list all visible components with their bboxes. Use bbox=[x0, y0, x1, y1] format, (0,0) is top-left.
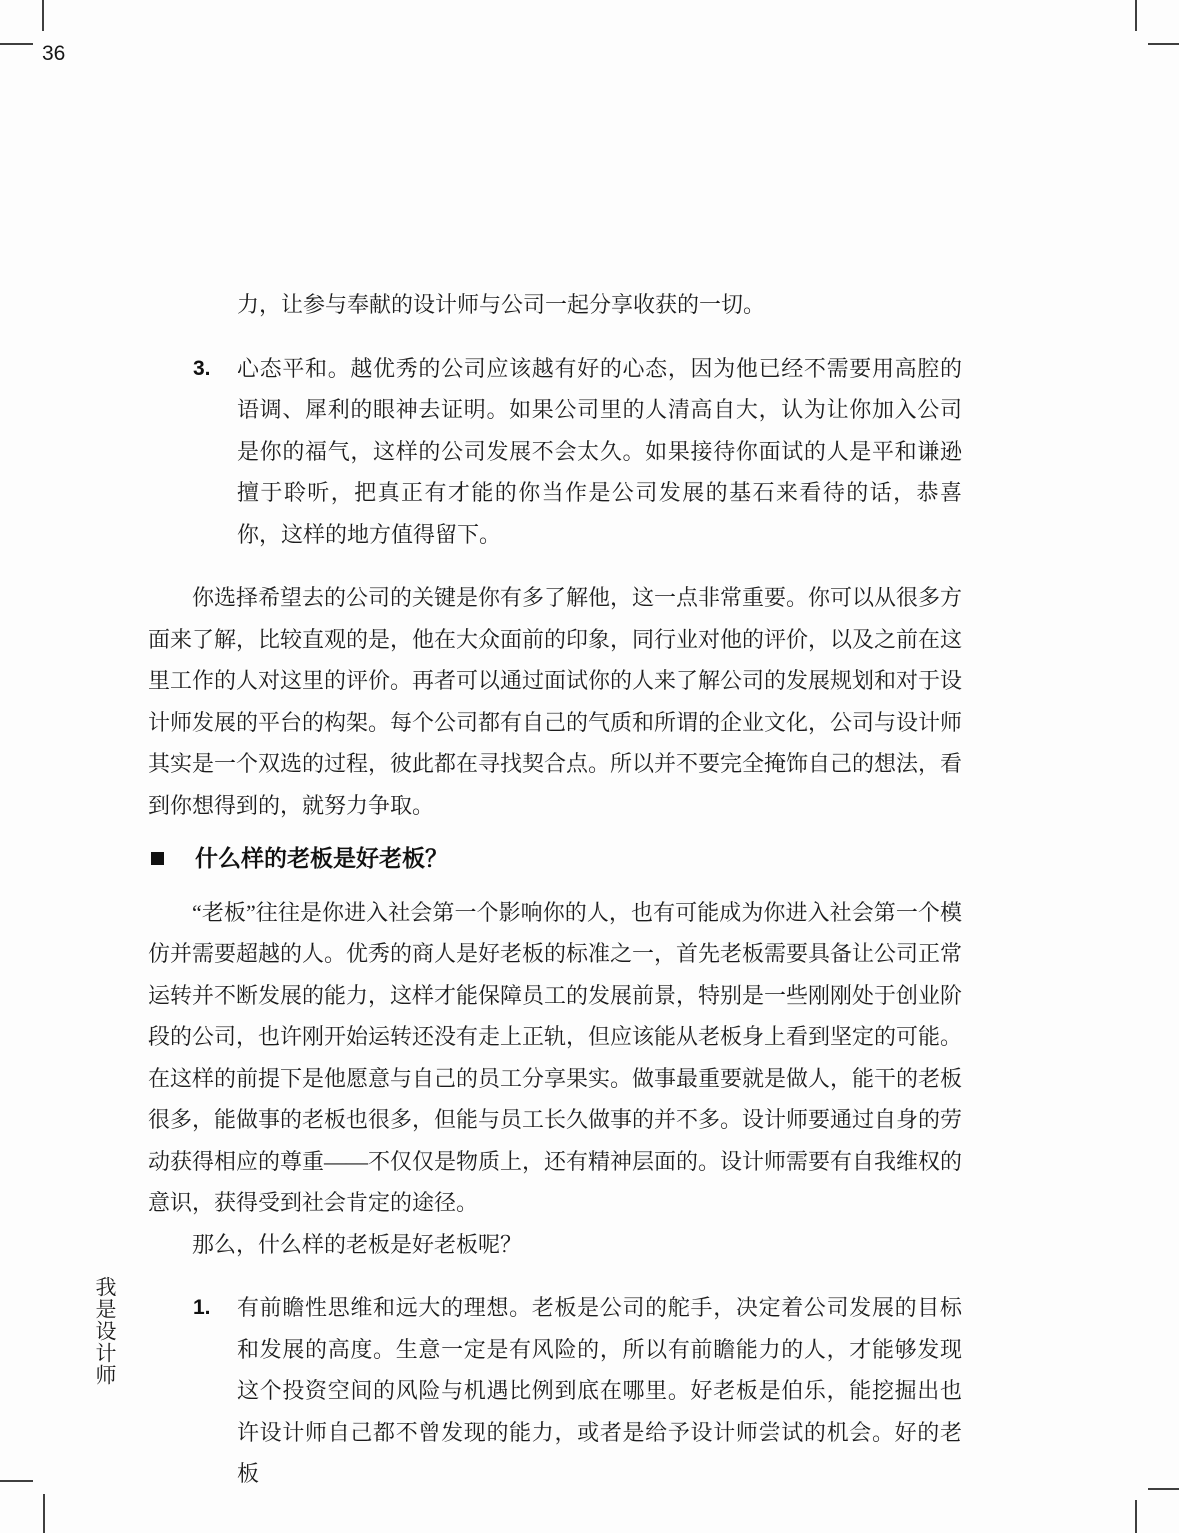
crop-mark-bottom-left-vertical bbox=[43, 1494, 45, 1533]
list-item-1-text: 有前瞻性思维和远大的理想。老板是公司的舵手，决定着公司发展的目标和发展的高度。生… bbox=[237, 1287, 962, 1495]
square-bullet-icon bbox=[151, 852, 164, 865]
book-title-vertical: 我是设计师 bbox=[89, 1276, 119, 1386]
crop-mark-top-right-horizontal bbox=[1148, 43, 1179, 45]
paragraph-continuation: 力，让参与奉献的设计师与公司一起分享收获的一切。 bbox=[148, 284, 962, 326]
page-number: 36 bbox=[42, 42, 65, 66]
section-heading-text: 什么样的老板是好老板？ bbox=[195, 845, 448, 871]
book-page: 36 我是设计师 力，让参与奉献的设计师与公司一起分享收获的一切。 3. 心态平… bbox=[0, 0, 1179, 1533]
paragraph-choose-company: 你选择希望去的公司的关键是你有多了解他，这一点非常重要。你可以从很多方面来了解，… bbox=[148, 577, 962, 826]
section-heading: 什么样的老板是好老板？ bbox=[148, 838, 962, 880]
crop-mark-top-right-vertical bbox=[1135, 0, 1137, 31]
crop-mark-bottom-left-horizontal bbox=[0, 1480, 33, 1482]
list-item-1-marker: 1. bbox=[193, 1287, 211, 1329]
text-column: 力，让参与奉献的设计师与公司一起分享收获的一切。 3. 心态平和。越优秀的公司应… bbox=[148, 284, 962, 1517]
list-item-3-text: 心态平和。越优秀的公司应该越有好的心态，因为他已经不需要用高腔的语调、犀利的眼神… bbox=[237, 348, 962, 556]
paragraph-boss: “老板”往往是你进入社会第一个影响你的人，也有可能成为你进入社会第一个模仿并需要… bbox=[148, 892, 962, 1224]
list-item-1: 1. 有前瞻性思维和远大的理想。老板是公司的舵手，决定着公司发展的目标和发展的高… bbox=[148, 1287, 962, 1495]
list-item-3: 3. 心态平和。越优秀的公司应该越有好的心态，因为他已经不需要用高腔的语调、犀利… bbox=[148, 348, 962, 556]
list-item-3-marker: 3. bbox=[193, 348, 211, 390]
crop-mark-bottom-right-vertical bbox=[1135, 1500, 1137, 1533]
crop-mark-bottom-right-horizontal bbox=[1148, 1488, 1179, 1490]
paragraph-question: 那么，什么样的老板是好老板呢？ bbox=[148, 1224, 962, 1266]
crop-mark-top-left-horizontal bbox=[0, 43, 33, 45]
crop-mark-top-left-vertical bbox=[42, 0, 44, 31]
